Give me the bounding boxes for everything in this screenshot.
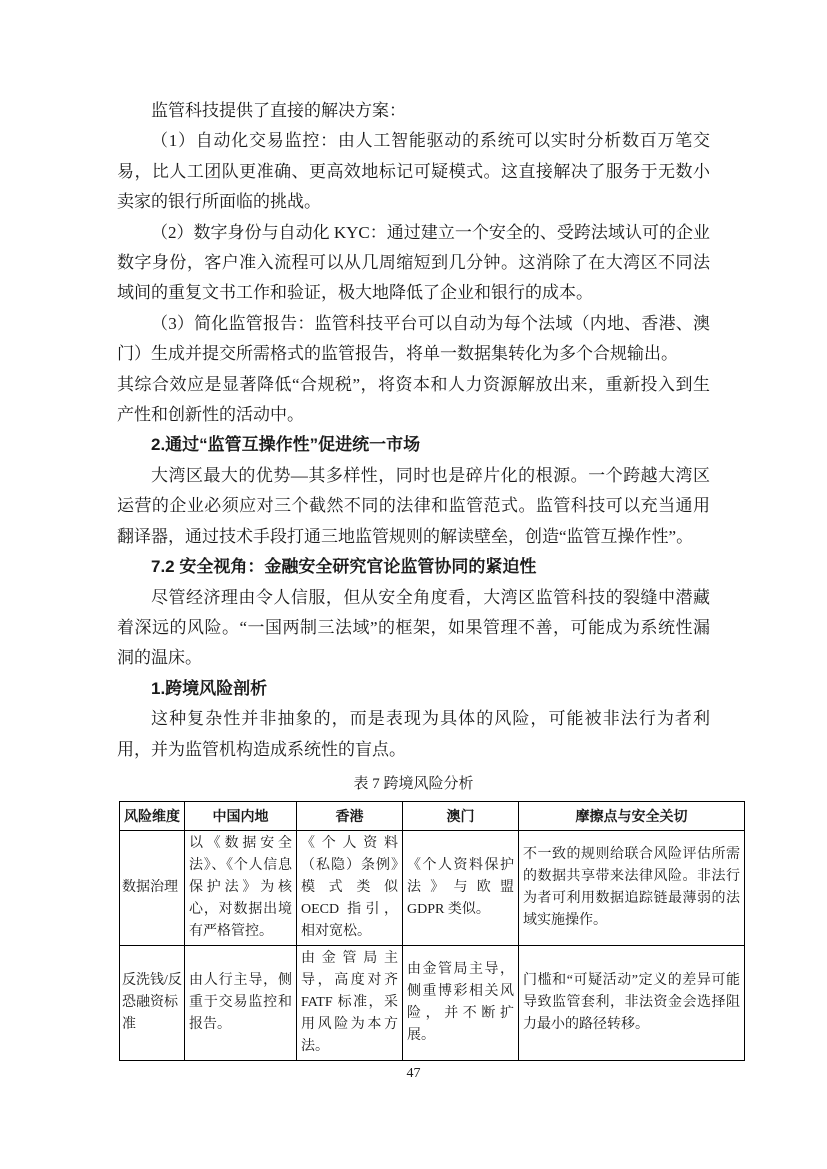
heading-unified-market: 2.通过“监管互操作性”促进统一市场 [117, 430, 710, 460]
table-cell: 反洗钱/反恐融资标准 [120, 945, 185, 1060]
document-page: 监管科技提供了直接的解决方案： （1）自动化交易监控：由人工智能驱动的系统可以实… [0, 0, 827, 1169]
header-hong-kong: 香港 [297, 801, 403, 830]
table-caption: 表 7 跨境风险分析 [117, 771, 710, 797]
table-cell: 由人行主导，侧重于交易监控和报告。 [185, 945, 297, 1060]
table-cell: 不一致的规则给联合风险评估所需的数据共享带来法律风险。非法行为者可利用数据追踪链… [519, 830, 745, 945]
table-cell: 数据治理 [120, 830, 185, 945]
heading-cross-border-risk: 1.跨境风险剖析 [117, 674, 710, 704]
paragraph: 尽管经济理由令人信服，但从安全角度看，大湾区监管科技的裂缝中潜藏着深远的风险。“… [117, 583, 710, 674]
paragraph: 这种复杂性并非抽象的，而是表现为具体的风险，可能被非法行为者利用，并为监管机构造… [117, 704, 710, 765]
table-cell: 门槛和“可疑活动”定义的差异可能导致监管套利，非法资金会选择阻力最小的路径转移。 [519, 945, 745, 1060]
table-row: 反洗钱/反恐融资标准 由人行主导，侧重于交易监控和报告。 由金管局主导，高度对齐… [120, 945, 745, 1060]
table-row: 数据治理 以《数据安全法》、《个人信息保护法》为核心，对数据出境有严格管控。 《… [120, 830, 745, 945]
table-cell: 《个人资料（私隐）条例》模式类似 OECD 指引，相对宽松。 [297, 830, 403, 945]
paragraph: （2）数字身份与自动化 KYC：通过建立一个安全的、受跨法域认可的企业数字身份，… [117, 218, 710, 309]
table-cell: 由金管局主导，高度对齐 FATF 标准，采用风险为本方法。 [297, 945, 403, 1060]
header-macau: 澳门 [403, 801, 519, 830]
paragraph: （3）简化监管报告：监管科技平台可以自动为每个法域（内地、香港、澳门）生成并提交… [117, 309, 710, 370]
page-number: 47 [0, 1066, 827, 1082]
table-cell: 由金管局主导，侧重博彩相关风险，并不断扩展。 [403, 945, 519, 1060]
table-cell: 《个人资料保护法》与欧盟 GDPR 类似。 [403, 830, 519, 945]
paragraph: 大湾区最大的优势—其多样性，同时也是碎片化的根源。一个跨越大湾区运营的企业必须应… [117, 461, 710, 552]
table-header-row: 风险维度 中国内地 香港 澳门 摩擦点与安全关切 [120, 801, 745, 830]
heading-security-perspective: 7.2 安全视角：金融安全研究官论监管协同的紧迫性 [117, 552, 710, 582]
paragraph: 监管科技提供了直接的解决方案： [117, 96, 710, 126]
header-mainland-china: 中国内地 [185, 801, 297, 830]
header-friction-security: 摩擦点与安全关切 [519, 801, 745, 830]
paragraph: （1）自动化交易监控：由人工智能驱动的系统可以实时分析数百万笔交易，比人工团队更… [117, 126, 710, 217]
risk-table: 风险维度 中国内地 香港 澳门 摩擦点与安全关切 数据治理 以《数据安全法》、《… [119, 801, 745, 1061]
paragraph: 其综合效应是显著降低“合规税”，将资本和人力资源解放出来，重新投入到生产性和创新… [117, 370, 710, 431]
table-cell: 以《数据安全法》、《个人信息保护法》为核心，对数据出境有严格管控。 [185, 830, 297, 945]
header-risk-dimension: 风险维度 [120, 801, 185, 830]
